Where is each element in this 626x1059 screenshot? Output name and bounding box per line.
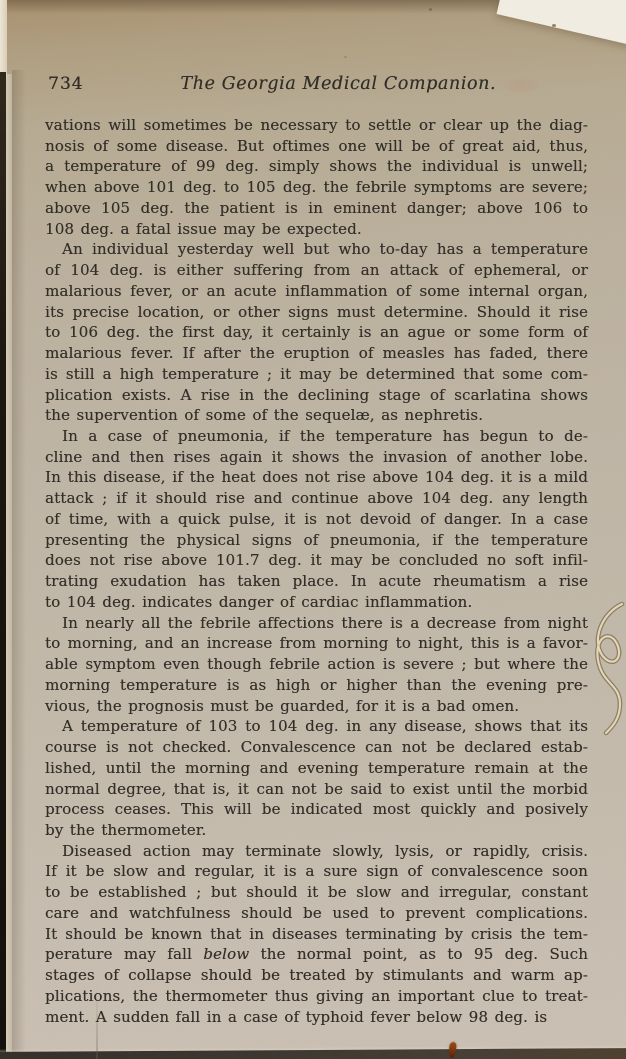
text-line: A temperature of 103 to 104 deg. in any … bbox=[45, 716, 588, 737]
text-line: If it be slow and regular, it is a sure … bbox=[45, 861, 588, 882]
paragraph: vations will sometimes be necessary to s… bbox=[45, 115, 588, 239]
text-line: It should be known that in diseases term… bbox=[45, 924, 588, 945]
text-line: vious, the prognosis must be guarded, fo… bbox=[45, 696, 588, 717]
page-number: 734 bbox=[48, 74, 83, 94]
text-line: by the thermometer. bbox=[45, 820, 588, 841]
thread-artifact bbox=[589, 598, 626, 738]
gutter-shadow bbox=[12, 70, 26, 1059]
paragraph: In a case of pneumonia, if the temperatu… bbox=[45, 426, 588, 613]
body-text: vations will sometimes be necessary to s… bbox=[45, 115, 588, 1027]
scanned-book-page: 734 The Georgia Medical Companion. vatio… bbox=[0, 0, 626, 1059]
text-line: trating exudation has taken place. In ac… bbox=[45, 571, 588, 592]
text-line: plications, the thermometer thus giving … bbox=[45, 986, 588, 1007]
text-line: An individual yesterday well but who to-… bbox=[45, 239, 588, 260]
text-line: In this disease, if the heat does not ri… bbox=[45, 467, 588, 488]
paragraph: Diseased action may terminate slowly, ly… bbox=[45, 841, 588, 1028]
text-line: when above 101 deg. to 105 deg. the febr… bbox=[45, 177, 588, 198]
text-line: plication exists. A rise in the declinin… bbox=[45, 385, 588, 406]
text-line: stages of collapse should be treated by … bbox=[45, 965, 588, 986]
text-line: care and watchfulness should be used to … bbox=[45, 903, 588, 924]
text-line: cline and then rises again it shows the … bbox=[45, 447, 588, 468]
text-line: is still a high temperature ; it may be … bbox=[45, 364, 588, 385]
text-line: 108 deg. a fatal issue may be expected. bbox=[45, 219, 588, 240]
text-line: lished, until the morning and evening te… bbox=[45, 758, 588, 779]
text-line: normal degree, that is, it can not be sa… bbox=[45, 779, 588, 800]
text-line: attack ; if it should rise and continue … bbox=[45, 488, 588, 509]
text-line: to 104 deg. indicates danger of cardiac … bbox=[45, 592, 588, 613]
paragraph: A temperature of 103 to 104 deg. in any … bbox=[45, 716, 588, 840]
text-line: Diseased action may terminate slowly, ly… bbox=[45, 841, 588, 862]
foxing-speck bbox=[552, 24, 556, 27]
text-line: to 106 deg. the first day, it certainly … bbox=[45, 322, 588, 343]
text-line: In a case of pneumonia, if the temperatu… bbox=[45, 426, 588, 447]
text-line: of time, with a quick pulse, it is not d… bbox=[45, 509, 588, 530]
foxing-speck bbox=[429, 8, 432, 11]
text-line: ment. A sudden fall in a case of typhoid… bbox=[45, 1007, 588, 1028]
page-header: 734 The Georgia Medical Companion. bbox=[45, 74, 588, 98]
paragraph: An individual yesterday well but who to-… bbox=[45, 239, 588, 426]
text-line: to be established ; but should it be slo… bbox=[45, 882, 588, 903]
text-line: nosis of some disease. But oftimes one w… bbox=[45, 136, 588, 157]
text-line: to morning, and an increase from morning… bbox=[45, 633, 588, 654]
text-line: process ceases. This will be indicated m… bbox=[45, 799, 588, 820]
text-line: course is not checked. Convalescence can… bbox=[45, 737, 588, 758]
text-line: above 105 deg. the patient is in eminent… bbox=[45, 198, 588, 219]
text-line: its precise location, or other signs mus… bbox=[45, 302, 588, 323]
running-title: The Georgia Medical Companion. bbox=[180, 74, 496, 94]
text-line: malarious fever, or an acute inflammatio… bbox=[45, 281, 588, 302]
text-line: able symptom even though febrile action … bbox=[45, 654, 588, 675]
text-line: morning temperature is as high or higher… bbox=[45, 675, 588, 696]
page-edge-sliver bbox=[0, 0, 7, 78]
scan-corner-highlight bbox=[497, 0, 626, 52]
text-line: In nearly all the febrile affections the… bbox=[45, 613, 588, 634]
paragraph: In nearly all the febrile affections the… bbox=[45, 613, 588, 717]
text-line: the supervention of some of the sequelæ,… bbox=[45, 405, 588, 426]
text-line: of 104 deg. is either suffering from an … bbox=[45, 260, 588, 281]
text-line: perature may fall below the normal point… bbox=[45, 944, 588, 965]
text-line: presenting the physical signs of pneumon… bbox=[45, 530, 588, 551]
text-line: does not rise above 101.7 deg. it may be… bbox=[45, 550, 588, 571]
text-line: vations will sometimes be necessary to s… bbox=[45, 115, 588, 136]
text-line: malarious fever. If after the eruption o… bbox=[45, 343, 588, 364]
foxing-speck bbox=[344, 56, 347, 58]
text-line: a temperature of 99 deg. simply shows th… bbox=[45, 156, 588, 177]
